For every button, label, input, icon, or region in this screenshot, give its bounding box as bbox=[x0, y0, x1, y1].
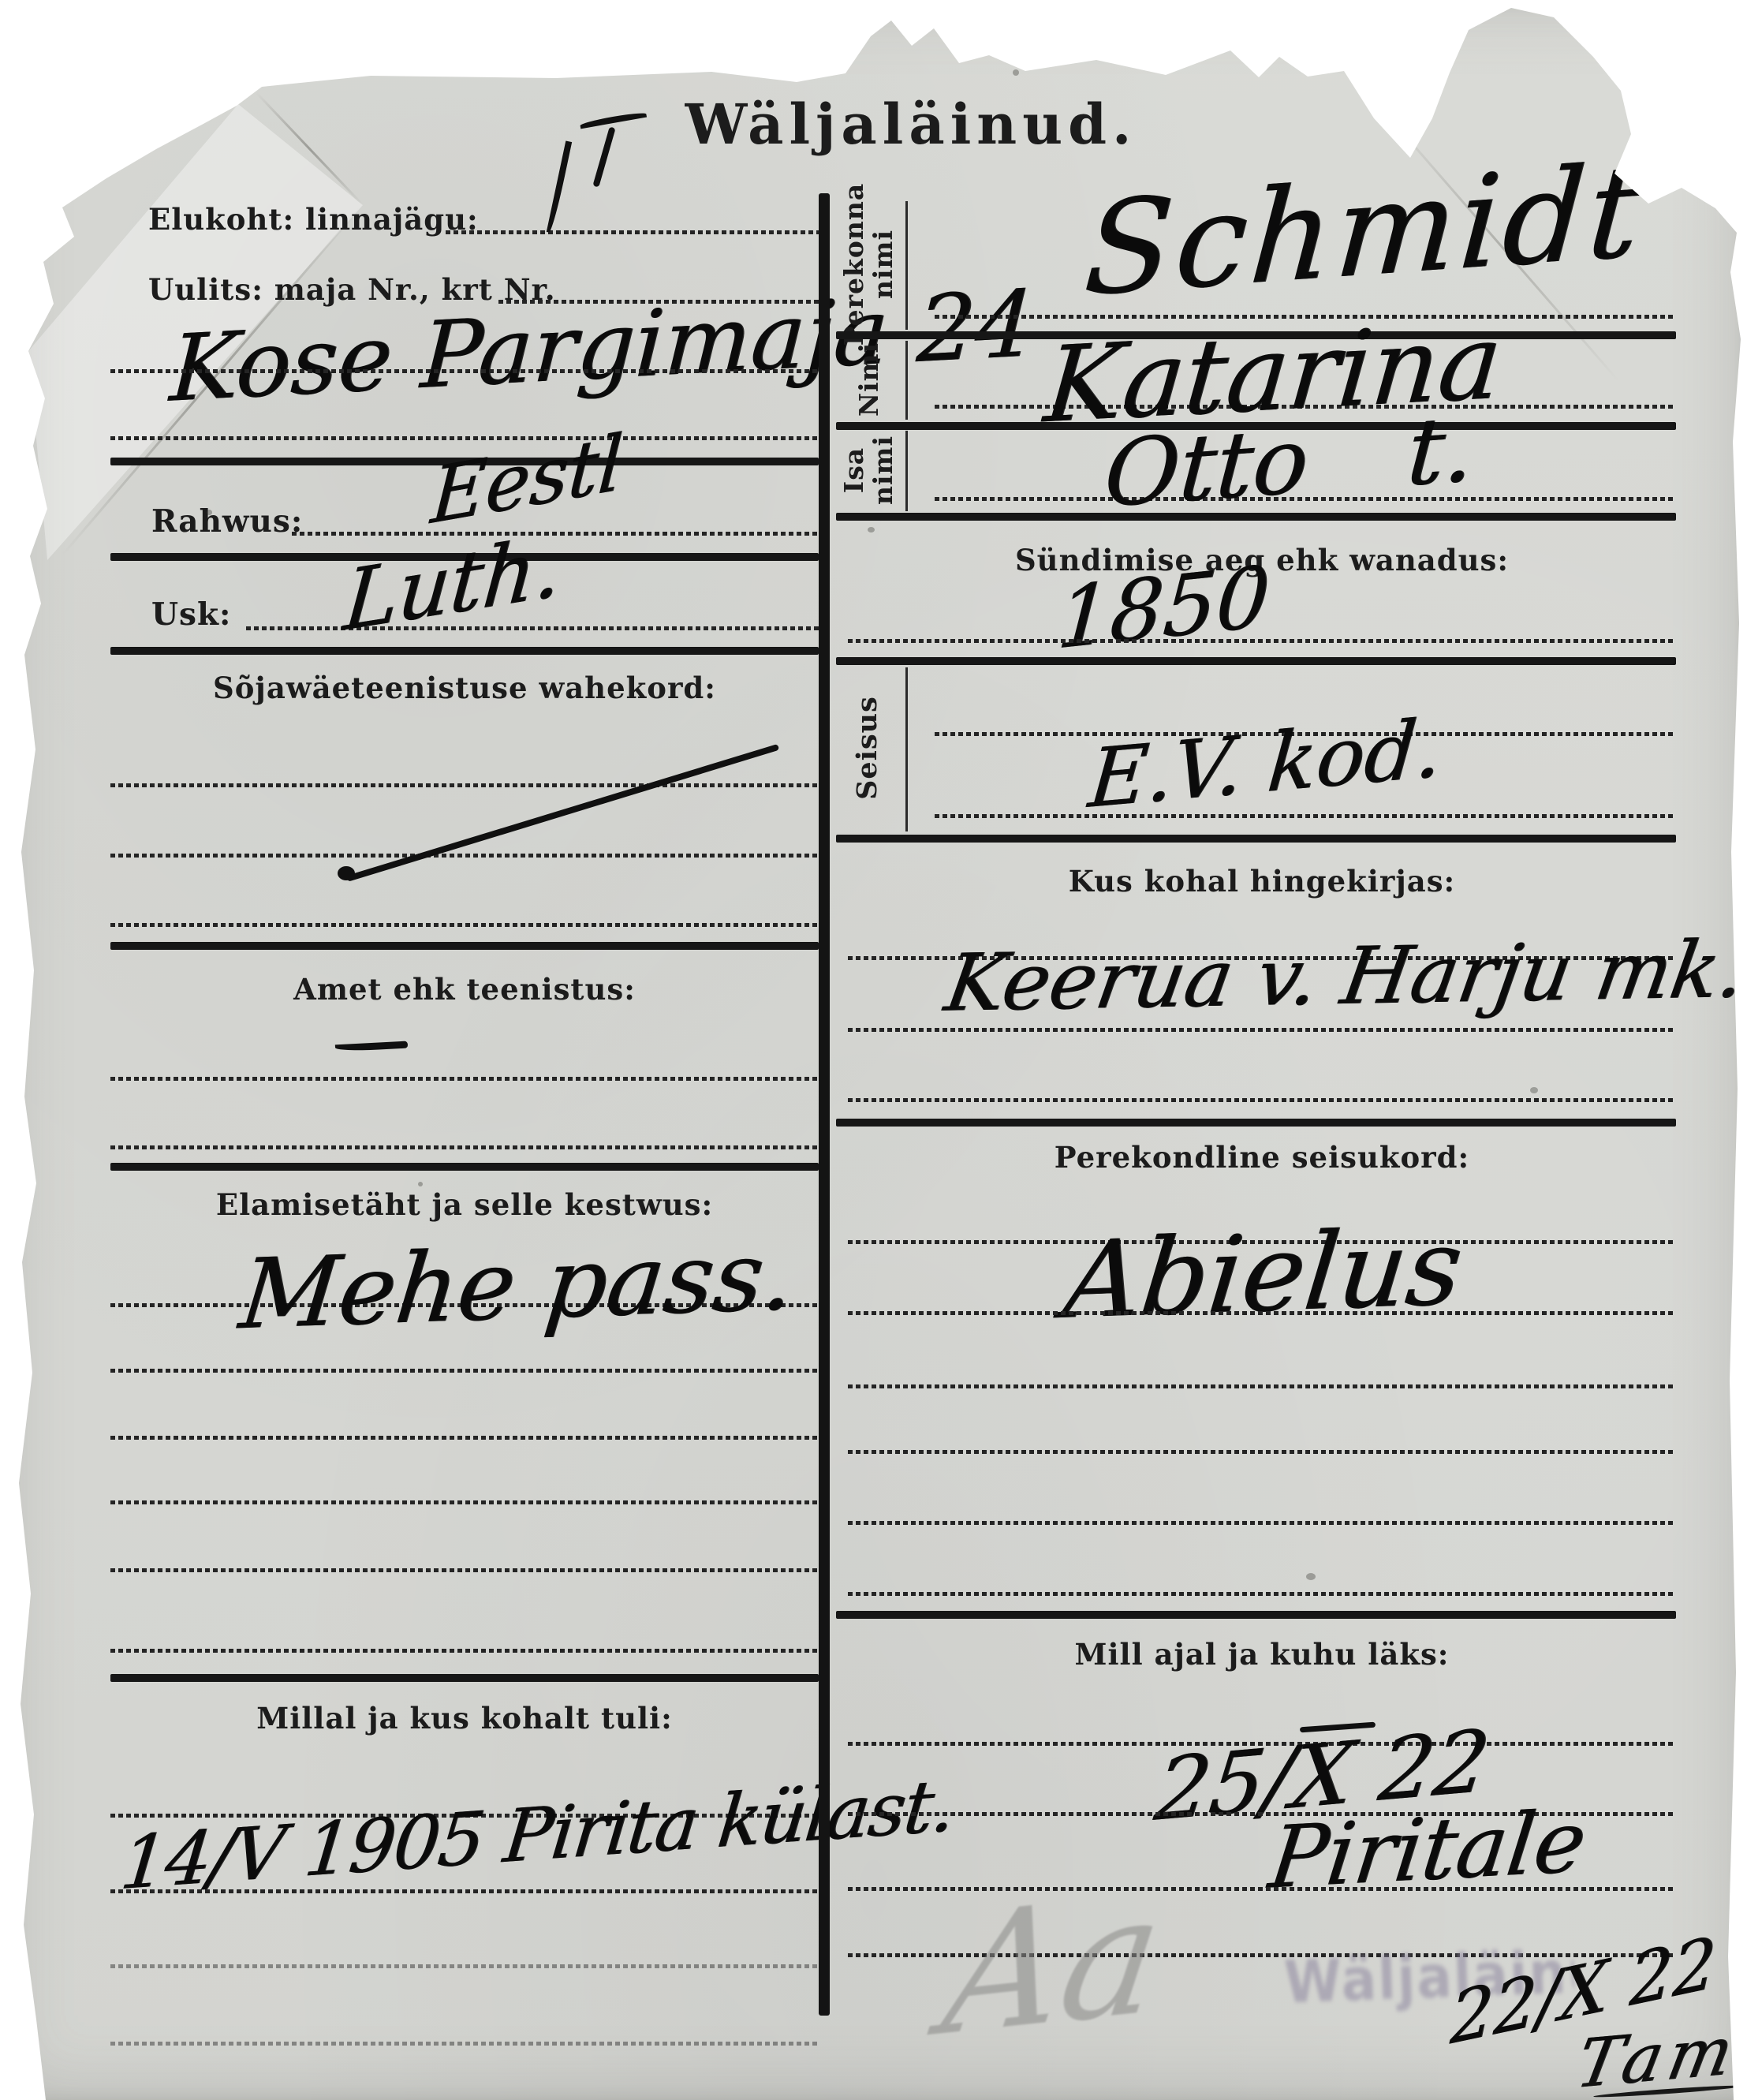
handwritten-overline-mark bbox=[1300, 1722, 1376, 1733]
dotted-line bbox=[498, 300, 819, 304]
paper-speck bbox=[1306, 1573, 1316, 1580]
dotted-line bbox=[848, 1450, 1676, 1454]
handwritten-dash-mark bbox=[335, 1041, 408, 1052]
paper-speck bbox=[1530, 1087, 1538, 1093]
handwritten-firstname: Katarina bbox=[1041, 309, 1506, 438]
section-label-perekondline: Perekondline seisukord: bbox=[868, 1140, 1656, 1175]
dotted-line bbox=[935, 315, 1676, 319]
dotted-line bbox=[446, 230, 819, 234]
dotted-line bbox=[848, 1098, 1676, 1102]
dotted-line bbox=[110, 854, 819, 858]
label-separator-rule bbox=[905, 667, 908, 831]
handwritten-birthyear: 1850 bbox=[1055, 555, 1272, 662]
scanned-document-page: { "title": "Wäljaläinud.", "left": { "el… bbox=[0, 0, 1747, 2100]
section-label-sundimise: Sündimise aeg ehk wanadus: bbox=[868, 543, 1656, 577]
dotted-line bbox=[848, 1953, 1676, 1957]
dotted-line bbox=[848, 1742, 1676, 1746]
field-label-perekonna-nimi: Perekonna nimi bbox=[834, 185, 905, 343]
dotted-line bbox=[935, 732, 1676, 736]
dotted-line bbox=[110, 1369, 819, 1373]
corner-fold-highlight bbox=[0, 0, 1747, 2100]
dotted-line bbox=[110, 2042, 819, 2046]
rule-line bbox=[836, 1119, 1676, 1127]
handwritten-father-name: Otto t. bbox=[1101, 403, 1476, 521]
section-label-sojawae: Sõjawäeteenistuse wahekord: bbox=[110, 671, 819, 705]
rule-line bbox=[110, 553, 819, 561]
signature-underline-flourish bbox=[1593, 2083, 1743, 2098]
dotted-line bbox=[848, 956, 1676, 960]
dotted-line bbox=[848, 1592, 1676, 1596]
tear-crease bbox=[1385, 113, 1619, 383]
dotted-line bbox=[110, 1303, 819, 1307]
section-label-elamisetaht: Elamisetäht ja selle kestwus: bbox=[110, 1187, 819, 1222]
section-label-amet: Amet ehk teenistus: bbox=[110, 972, 819, 1007]
rule-line bbox=[110, 458, 819, 465]
section-label-mill-ajal: Mill ajal ja kuhu läks: bbox=[868, 1637, 1656, 1672]
handwritten-departure-place: Piritale bbox=[1265, 1799, 1590, 1902]
dotted-line bbox=[110, 436, 819, 440]
handwritten-footer-signature: Tamm bbox=[1571, 2010, 1747, 2098]
fold-crease bbox=[256, 92, 364, 205]
label-separator-rule bbox=[905, 341, 908, 420]
paper-card: Wäljaläinud. Elukoht: linnajägu: Uulits:… bbox=[0, 0, 1747, 2100]
dotted-line bbox=[110, 1077, 819, 1081]
field-label-elukoht: Elukoht: linnajägu: bbox=[148, 202, 479, 237]
field-label-seisus: Seisus bbox=[844, 653, 891, 843]
rule-line bbox=[110, 647, 819, 655]
dotted-line bbox=[110, 1889, 819, 1893]
section-label-kus-kohal: Kus kohal hingekirjas: bbox=[868, 864, 1656, 899]
dotted-line bbox=[848, 1384, 1676, 1388]
field-label-isa-nimi: Isa nimi bbox=[838, 419, 901, 521]
paper-speck bbox=[207, 510, 212, 515]
handwritten-marital-status: Abielus bbox=[1059, 1214, 1466, 1334]
dotted-line bbox=[246, 626, 819, 630]
rule-line bbox=[110, 1163, 819, 1171]
dotted-line bbox=[935, 405, 1676, 409]
dotted-line bbox=[110, 1814, 819, 1818]
handwritten-rahwus: Eestl bbox=[428, 424, 625, 535]
handwritten-elamisetaht: Mehe pass. bbox=[236, 1227, 799, 1343]
dotted-line bbox=[935, 497, 1676, 501]
handwritten-tick-mark bbox=[580, 111, 647, 129]
rule-line bbox=[836, 422, 1676, 430]
rule-line bbox=[836, 1611, 1676, 1619]
dotted-line bbox=[110, 1964, 819, 1968]
fold-crease bbox=[62, 206, 362, 556]
paper-speck bbox=[868, 527, 875, 532]
paper-speck bbox=[418, 1182, 423, 1186]
dotted-line bbox=[848, 1887, 1676, 1891]
dotted-line bbox=[848, 1812, 1676, 1816]
field-label-nimi: Nimi bbox=[846, 328, 893, 431]
handwritten-surname: Schmidt bbox=[1081, 148, 1647, 316]
rule-line bbox=[836, 835, 1676, 843]
handwritten-millal: 14/V 1905 Pirita külast. bbox=[117, 1769, 957, 1901]
rule-line bbox=[836, 513, 1676, 521]
dotted-line bbox=[292, 532, 819, 536]
handwritten-usk: Luth. bbox=[341, 525, 565, 643]
handwritten-departure-date: 25/X 22 bbox=[1151, 1719, 1493, 1834]
dotted-line bbox=[110, 1500, 819, 1504]
dotted-line bbox=[935, 814, 1676, 818]
field-label-rahwus: Rahwus: bbox=[151, 503, 303, 540]
rule-line bbox=[110, 1674, 819, 1682]
column-divider-rule bbox=[819, 193, 830, 2016]
handwritten-slash-mark bbox=[346, 744, 779, 882]
field-label-uulits: Uulits: maja Nr., krt Nr. bbox=[148, 272, 556, 307]
handwritten-footer-date: 22/X 22 bbox=[1449, 1927, 1717, 2055]
faded-ink-stamp: Wäljaläinud bbox=[1283, 1938, 1576, 2016]
rule-line bbox=[836, 657, 1676, 665]
ink-blot bbox=[338, 866, 355, 880]
dotted-line bbox=[848, 1311, 1676, 1315]
dotted-line bbox=[848, 1028, 1676, 1032]
paper-speck bbox=[1013, 69, 1019, 76]
dotted-line bbox=[848, 1521, 1676, 1525]
pencil-signature: Aa bbox=[935, 1873, 1170, 2060]
label-separator-rule bbox=[905, 201, 908, 330]
section-label-millal: Millal ja kus kohalt tuli: bbox=[110, 1701, 819, 1736]
dotted-line bbox=[110, 783, 819, 787]
dotted-line bbox=[848, 639, 1676, 643]
field-label-usk: Usk: bbox=[151, 596, 231, 633]
handwritten-address: Kose Pargimaja 24 bbox=[168, 278, 1036, 416]
handwritten-hook-mark bbox=[547, 140, 572, 233]
dotted-line bbox=[110, 1436, 819, 1440]
dotted-line bbox=[110, 923, 819, 927]
rule-line bbox=[836, 331, 1676, 339]
handwritten-hingekiri: Keerua v. Harju mk. bbox=[940, 930, 1747, 1023]
dotted-line bbox=[110, 1649, 819, 1653]
dotted-line bbox=[848, 1240, 1676, 1244]
label-separator-rule bbox=[905, 431, 908, 511]
dotted-line bbox=[110, 369, 819, 373]
page-title: Wäljaläinud. bbox=[595, 92, 1226, 157]
handwritten-seisus: E.V. kod. bbox=[1085, 708, 1445, 820]
dotted-line bbox=[110, 1568, 819, 1572]
handwritten-tick-mark bbox=[592, 126, 615, 187]
dotted-line bbox=[110, 1145, 819, 1149]
rule-line bbox=[110, 942, 819, 950]
